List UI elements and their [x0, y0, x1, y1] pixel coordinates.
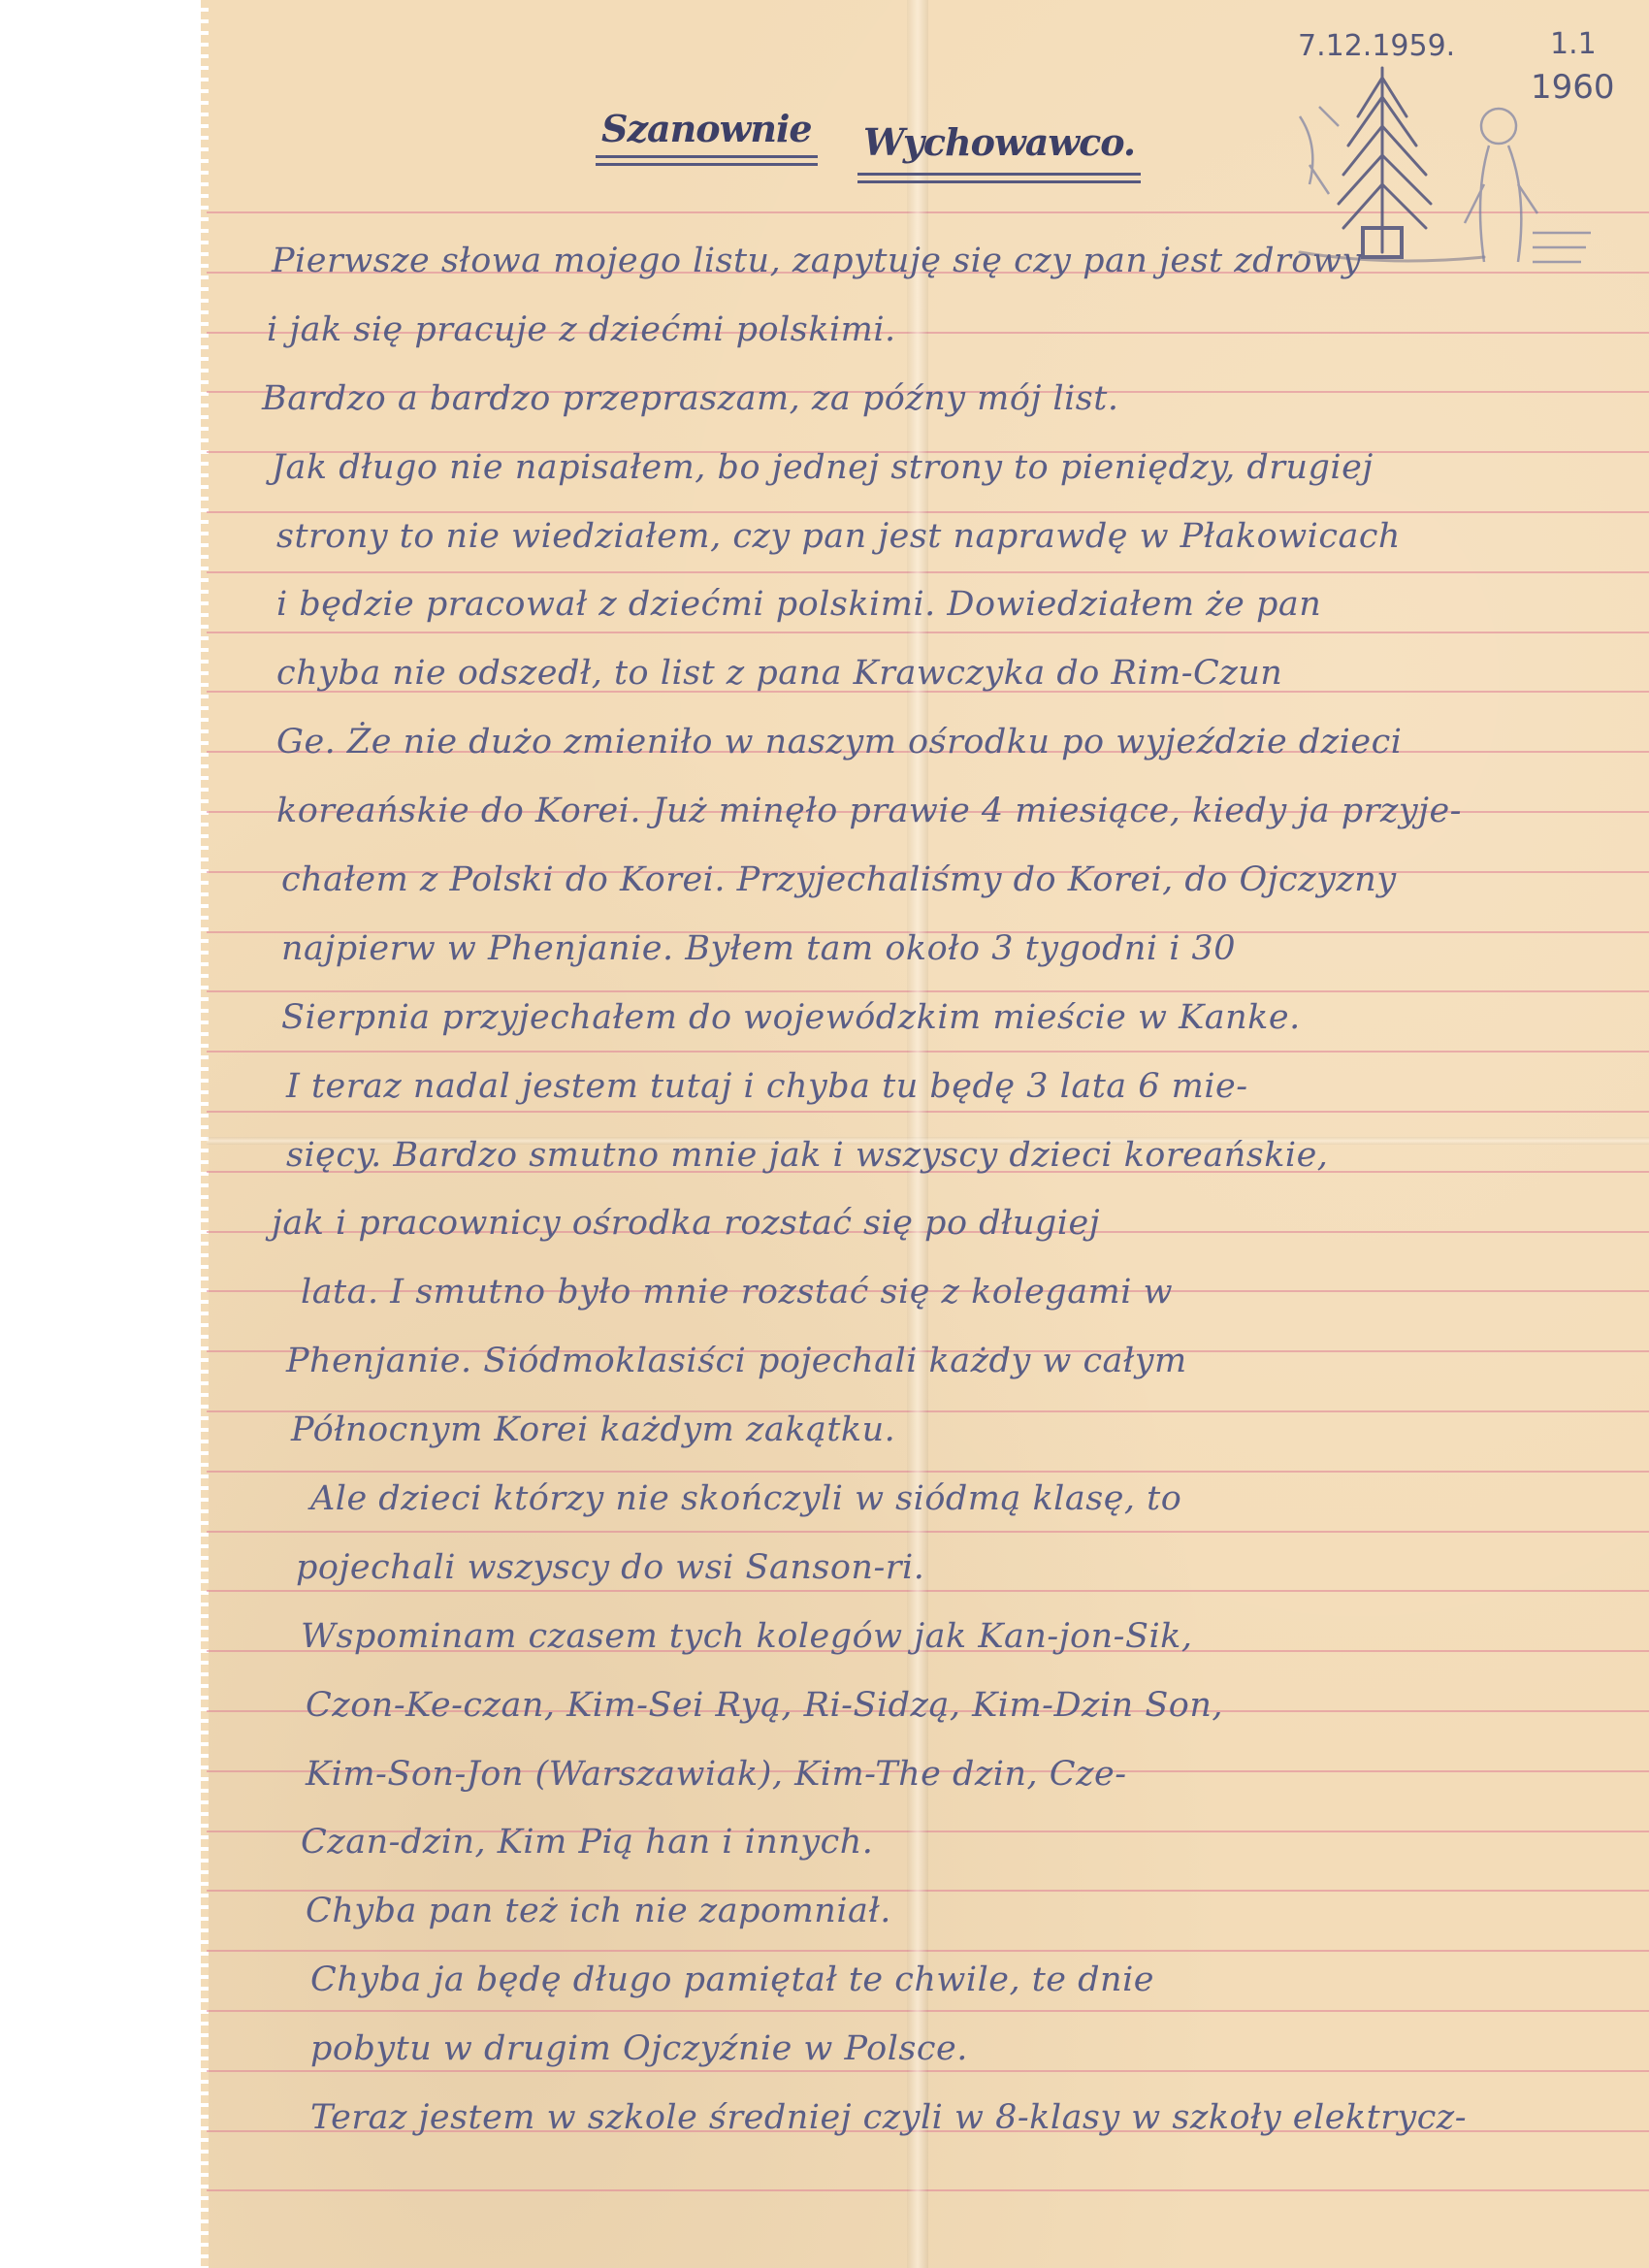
- figure-icon: [1300, 107, 1591, 262]
- letter-line: pobytu w drugim Ojczyźnie w Polsce.: [310, 2032, 968, 2066]
- date-secondary-day: 1.1: [1550, 27, 1597, 61]
- letter-line: lata. I smutno było mnie rozstać się z k…: [301, 1276, 1173, 1310]
- salutation-word-2: Wychowawco.: [863, 120, 1135, 164]
- letter-line: chałem z Polski do Korei. Przyjechaliśmy…: [281, 863, 1397, 897]
- letter-line: Bardzo a bardzo przepraszam, za późny mó…: [262, 382, 1118, 416]
- letter-line: Pierwsze słowa mojego listu, zapytuję si…: [272, 244, 1362, 278]
- letter-line: pojechali wszyscy do wsi Sanson-ri.: [296, 1551, 924, 1585]
- letter-line: i jak się pracuje z dziećmi polskimi.: [267, 313, 896, 347]
- letter-line: chyba nie odszedł, to list z pana Krawcz…: [276, 657, 1282, 691]
- letter-line: Czan-dzin, Kim Pią han i innych.: [301, 1826, 873, 1860]
- letter-line: najpierw w Phenjanie. Byłem tam około 3 …: [281, 932, 1236, 966]
- letter-line: Chyba pan też ich nie zapomniał.: [306, 1895, 891, 1928]
- letter-line: I teraz nadal jestem tutaj i chyba tu bę…: [286, 1070, 1248, 1104]
- letter-line: Kim-Son-Jon (Warszawiak), Kim-The dzin, …: [306, 1758, 1127, 1792]
- salutation-word-1: Szanownie: [601, 107, 812, 150]
- letter-line: Czon-Ke-czan, Kim-Sei Ryą, Ri-Sidzą, Kim…: [306, 1689, 1223, 1723]
- letter-line: i będzie pracował z dziećmi polskimi. Do…: [276, 588, 1321, 622]
- letter-line: Sierpnia przyjechałem do wojewódzkim mie…: [281, 1001, 1301, 1035]
- letter-line: Północnym Korei każdym zakątku.: [291, 1413, 895, 1447]
- letter-line: Teraz jestem w szkole średniej czyli w 8…: [310, 2101, 1467, 2135]
- letter-line: Chyba ja będę długo pamiętał te chwile, …: [310, 1963, 1154, 1997]
- letter-line: Wspominam czasem tych kolegów jak Kan-jo…: [301, 1620, 1193, 1654]
- letter-line: Phenjanie. Siódmoklasiści pojechali każd…: [286, 1345, 1187, 1378]
- letter-line: Ale dzieci którzy nie skończyli w siódmą…: [310, 1482, 1181, 1516]
- letter-line: Ge. Że nie dużo zmieniło w naszym ośrodk…: [276, 726, 1402, 760]
- letter-line: koreańskie do Korei. Już minęło prawie 4…: [276, 794, 1462, 828]
- letter-line: sięcy. Bardzo smutno mnie jak i wszyscy …: [286, 1139, 1328, 1173]
- letter-line: Jak długo nie napisałem, bo jednej stron…: [272, 451, 1374, 485]
- vertical-fold: [907, 0, 928, 2268]
- letter-line: strony to nie wiedziałem, czy pan jest n…: [276, 520, 1401, 554]
- letter-line: jak i pracownicy ośrodka rozstać się po …: [272, 1207, 1100, 1241]
